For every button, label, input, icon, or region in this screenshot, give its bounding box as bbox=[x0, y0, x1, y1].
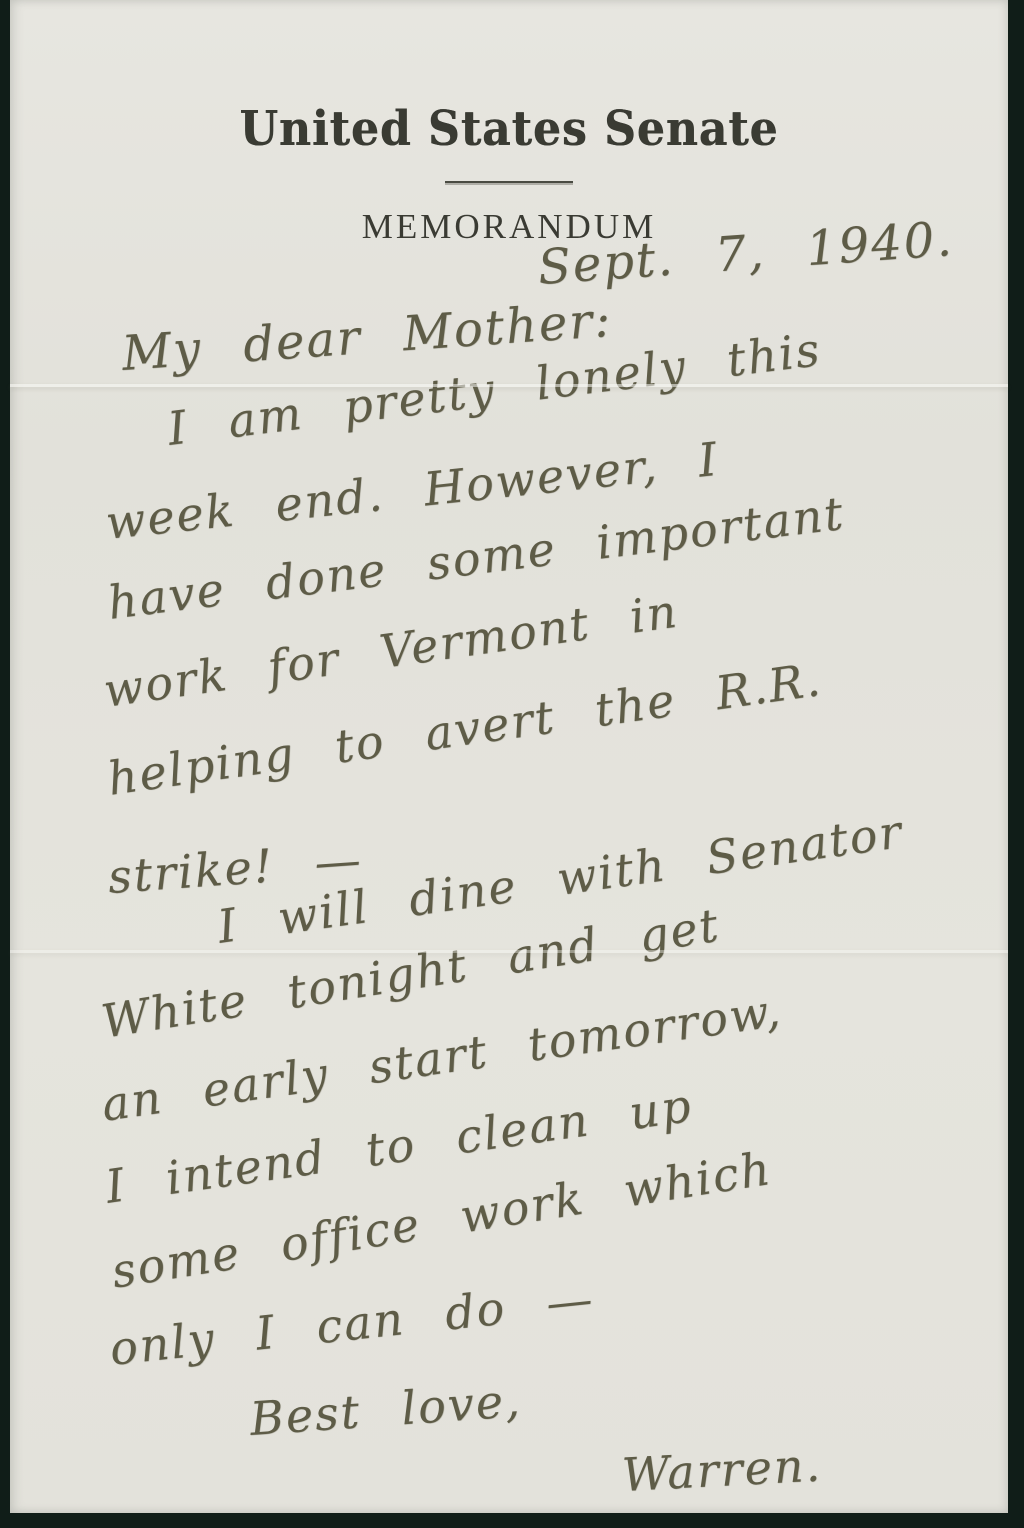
paper-fold-crease-lower bbox=[10, 950, 1008, 953]
letter-paper: United States Senate MEMORANDUM Sept. 7,… bbox=[10, 0, 1008, 1513]
letterhead: United States Senate MEMORANDUM bbox=[10, 0, 1008, 247]
letterhead-title: United States Senate bbox=[10, 102, 1008, 157]
letterhead-divider-rule bbox=[445, 181, 573, 183]
letter-closing: Best love, bbox=[248, 1373, 523, 1446]
paper-fold-crease-upper bbox=[10, 384, 1008, 387]
letter-signature: Warren. bbox=[621, 1438, 824, 1502]
